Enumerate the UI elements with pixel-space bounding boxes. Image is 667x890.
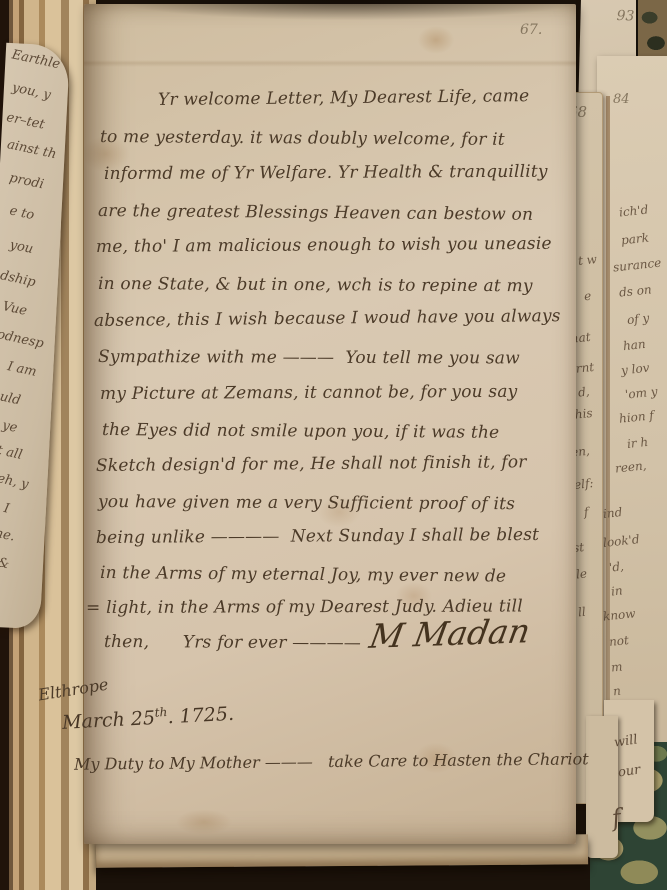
text-fragment: ye xyxy=(1,418,19,436)
text-fragment: 'om y xyxy=(624,384,658,401)
paper-slip-84: 84 ich'dparksuranceds onof yhany lov'om … xyxy=(597,56,667,794)
text-fragment: t w xyxy=(577,252,597,268)
text-fragment: m xyxy=(610,659,623,674)
letter-line: then, Yrs for ever ———— xyxy=(104,632,361,653)
page-number-84: 84 xyxy=(613,92,630,107)
text-fragment: 'd, xyxy=(608,559,624,574)
text-fragment: park xyxy=(620,231,649,248)
text-fragment: ir h xyxy=(626,435,648,451)
text-fragment: our xyxy=(617,763,641,781)
text-fragment: ind xyxy=(602,505,623,521)
letter-line: Yr welcome Letter, My Dearest Life, came xyxy=(158,86,530,110)
letter-line: to me yesterday. it was doubly welcome, … xyxy=(100,127,505,150)
letter-line: Sketch design'd for me, He shall not fin… xyxy=(96,452,527,476)
text-fragment: n xyxy=(612,684,621,699)
date-text: March 25 xyxy=(62,707,156,734)
text-fragment: er–tet xyxy=(5,110,46,133)
text-fragment: know xyxy=(602,606,636,623)
letter-line: in one State, & but in one, wch is to re… xyxy=(98,274,533,296)
text-fragment: look'd xyxy=(602,532,640,550)
letter-line: my Picture at Zemans, it cannot be, for … xyxy=(100,382,518,404)
text-fragment: elf: xyxy=(573,476,594,492)
text-fragment: ainst th xyxy=(6,137,58,162)
text-fragment: dship xyxy=(0,268,37,290)
text-fragment: ll & xyxy=(0,553,10,573)
date-superscript: th xyxy=(154,705,167,720)
signature: M Madan xyxy=(367,611,534,656)
letter-line: you have given me a very Sufficient proo… xyxy=(98,492,515,514)
page-number-main: 67. xyxy=(520,22,542,38)
text-fragment: han xyxy=(622,337,646,353)
text-fragment: I xyxy=(2,501,10,517)
letter-page: 67. Yr welcome Letter, My Dearest Life, … xyxy=(84,4,576,844)
bottom-paper-tabs: willourf xyxy=(584,700,667,868)
text-fragment: surance xyxy=(612,256,662,275)
manuscript-photo: { "page_numbers": { "main": "67.", "slip… xyxy=(0,0,667,890)
page-number-93: 93 xyxy=(616,8,634,24)
letter-line: absence, this I wish because I woud have… xyxy=(94,306,561,331)
text-fragment: t all xyxy=(0,443,24,463)
date-line: March 25th. 1725. xyxy=(62,702,235,734)
letter-line: in the Arms of my eternal Joy, my ever n… xyxy=(100,563,506,587)
letter-line: informd me of Yr Welfare. Yr Health & tr… xyxy=(104,162,548,184)
text-fragment: you xyxy=(8,238,34,258)
text-fragment: Vue xyxy=(1,299,28,319)
text-fragment: uld xyxy=(0,389,22,408)
postscript-line: My Duty to My Mother ——— take Care to Ha… xyxy=(74,749,589,773)
text-fragment: f xyxy=(583,505,589,519)
text-fragment: ine. xyxy=(0,525,16,545)
text-fragment: in xyxy=(610,583,623,598)
text-fragment: reen, xyxy=(614,458,647,475)
letter-line: the Eyes did not smile upon you, if it w… xyxy=(102,420,499,443)
text-fragment: eeh, y xyxy=(0,470,30,493)
text-fragment: not xyxy=(608,633,629,649)
text-fragment: of y xyxy=(626,311,650,327)
text-fragment: ll xyxy=(577,605,586,620)
text-fragment: you, y xyxy=(11,80,52,103)
letter-line: are the greatest Blessings Heaven can be… xyxy=(98,201,533,225)
text-fragment: le xyxy=(575,566,587,581)
text-fragment: prodi xyxy=(8,171,45,193)
text-fragment: ds on xyxy=(618,282,652,299)
text-fragment: e to xyxy=(8,203,35,223)
letter-line: Sympathize with me ——— You tell me you s… xyxy=(98,347,520,368)
text-fragment: ich'd xyxy=(618,203,649,220)
text-fragment: hion f xyxy=(618,408,654,426)
date-year: . 1725. xyxy=(167,703,235,728)
text-fragment: e xyxy=(583,289,592,304)
text-fragment: odnesp xyxy=(0,327,45,351)
text-fragment: d, xyxy=(577,384,590,399)
letter-line: being unlike ———— Next Sunday I shall be… xyxy=(96,525,539,548)
text-fragment: y lov xyxy=(620,361,650,378)
letter-line: me, tho' I am malicious enough to wish y… xyxy=(96,234,552,257)
text-fragment: I am xyxy=(6,359,38,380)
